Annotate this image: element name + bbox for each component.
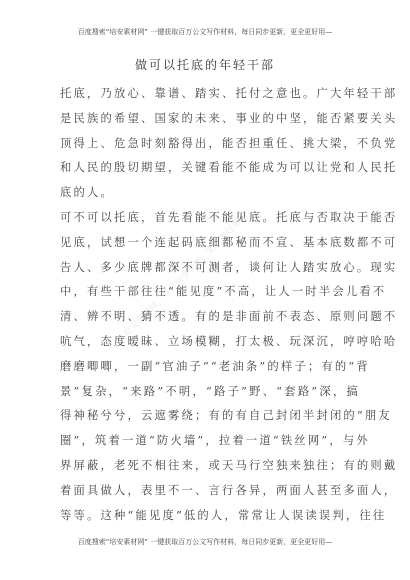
text-line: 磨磨唧唧，一副“官油子”“老油条”的样子；有的“背 <box>60 355 360 380</box>
text-line: 告人、多少底牌都深不可测者，谈何让人踏实放心。现实 <box>60 256 360 281</box>
text-line: 和人民的殷切期望，关键看能不能成为可以让党和人民托 <box>60 156 360 181</box>
text-line: 清、辨不明、猜不透。有的是非面前不表态、原则问题不 <box>60 305 360 330</box>
text-line: 着面具做人，表里不一、言行各异，两面人甚至多面人， <box>60 479 360 504</box>
header-banner: 百度搜索“培安素材网” 一键获取百万公文写作材料，每日同步更新，更全更好用— <box>0 27 410 37</box>
document-title: 做可以托底的年轻干部 <box>0 56 410 73</box>
text-line: 吭气，态度暧昧、立场模糊，打太极、玩深沉，哼哼哈哈 <box>60 330 360 355</box>
text-line: 顶得上、危急时刻豁得出，能否担重任、挑大梁，不负党 <box>60 132 360 157</box>
text-line: 得神秘兮兮，云遮雾绕；有的有自己封闭半封闭的“朋友 <box>60 404 360 429</box>
footer-banner: 百度搜索“培安素材网” 一键获取百万公文写作材料，每日同步更新，更全更好用— <box>0 537 410 547</box>
text-line: 圈”，筑着一道“防火墙”，拉着一道“铁丝网”，与外 <box>60 429 360 454</box>
text-line: 可不可以托底，首先看能不能见底。托底与否取决于能否 <box>60 206 360 231</box>
document-body: 托底，乃放心、靠谱、踏实、托付之意也。广大年轻干部 是民族的希望、国家的未来、事… <box>60 82 360 528</box>
text-line: 是民族的希望、国家的未来、事业的中坚，能否紧要关头 <box>60 107 360 132</box>
text-line: 景”复杂，“来路”不明，“路子”野、“套路”深，搞 <box>60 380 360 405</box>
text-line: 中，有些干部往往“能见度”不高，让人一时半会儿看不 <box>60 280 360 305</box>
text-line: 界屏蔽，老死不相往来，或天马行空独来独往；有的则戴 <box>60 454 360 479</box>
text-line: 底的人。 <box>60 181 360 206</box>
paragraph-1: 托底，乃放心、靠谱、踏实、托付之意也。广大年轻干部 是民族的希望、国家的未来、事… <box>60 82 360 206</box>
text-line: 托底，乃放心、靠谱、踏实、托付之意也。广大年轻干部 <box>60 82 360 107</box>
text-line: 等等。这种“能见度”低的人，常常让人误读误判，往往 <box>60 504 360 529</box>
